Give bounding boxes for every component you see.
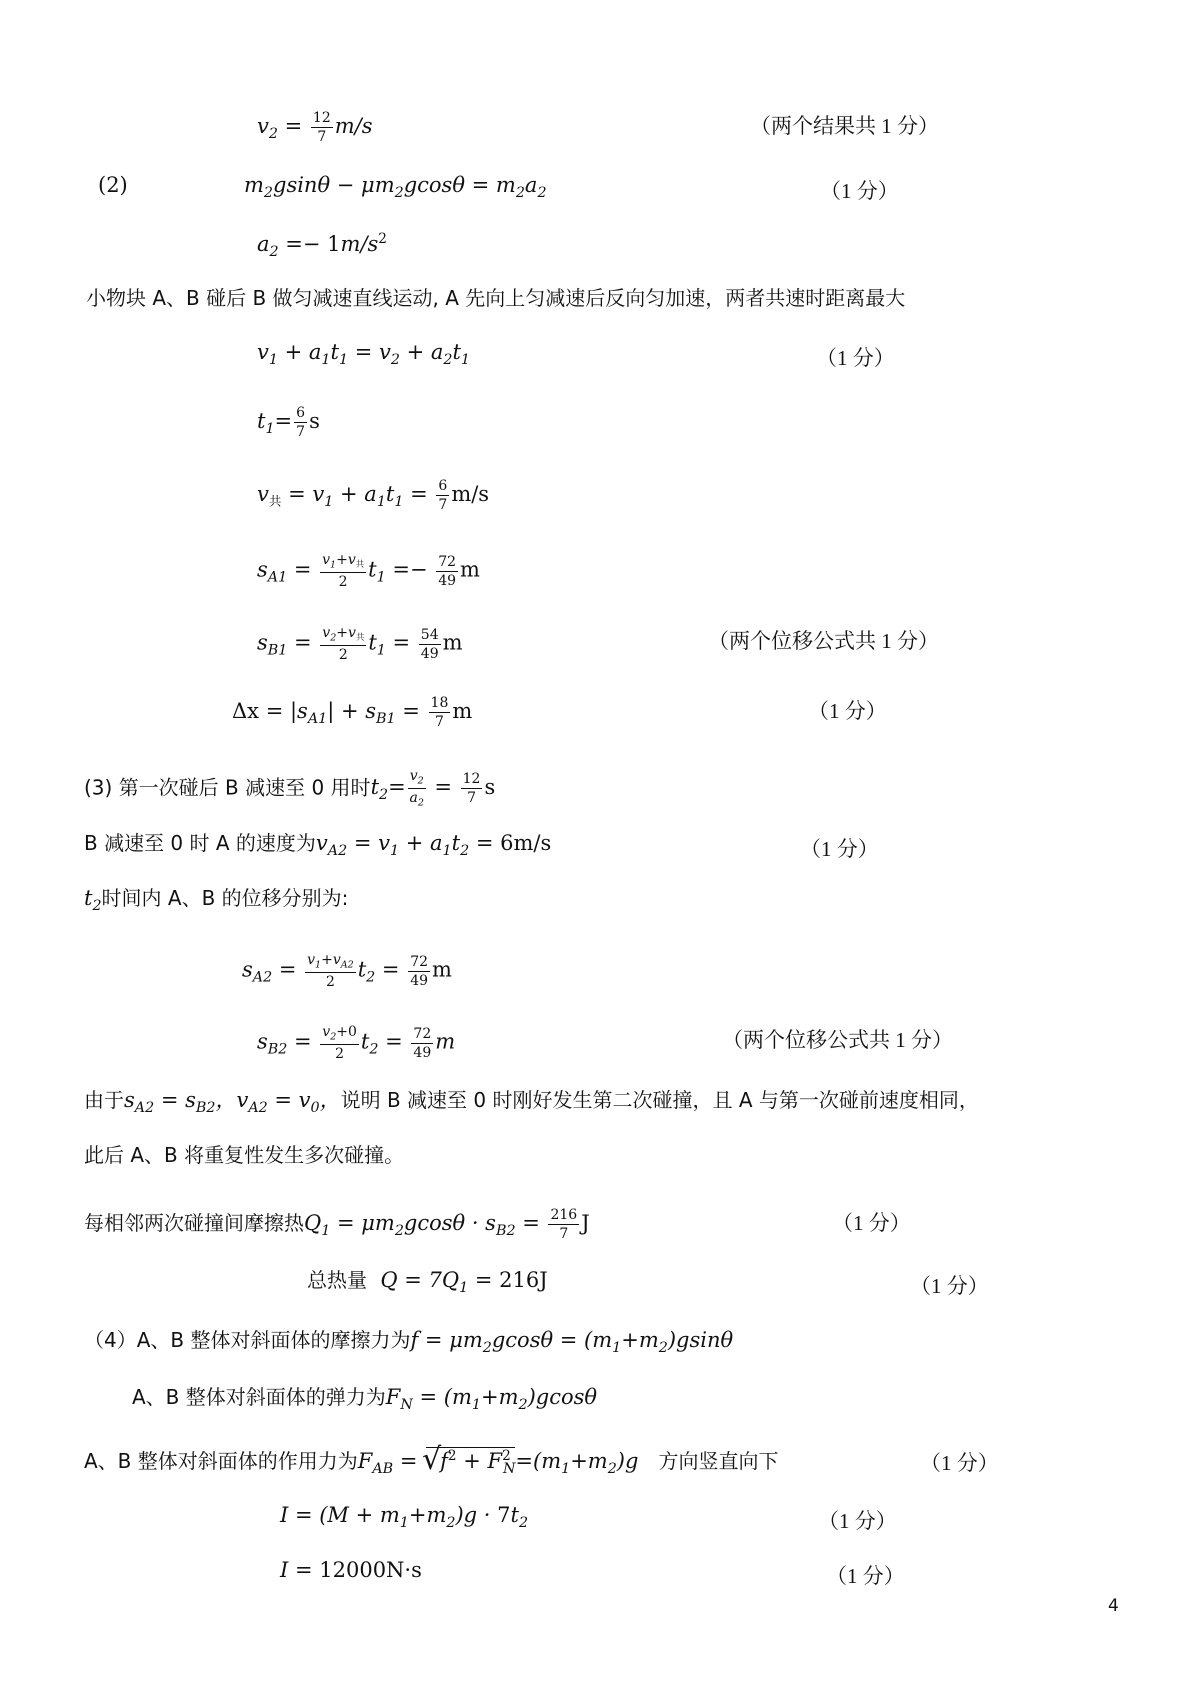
displacement-score-1: （两个位移公式共 1 分） bbox=[708, 625, 939, 655]
total-heat: 总热量 Q = 7Q1 = 216J bbox=[307, 1270, 548, 1295]
total-heat-score: （1 分） bbox=[910, 1270, 989, 1300]
sA2-result: sA2 = v1+vA22t2 = 7249m bbox=[242, 952, 452, 990]
sB2-result: sB2 = v2+02t2 = 7249m bbox=[257, 1024, 455, 1062]
newton-equation: m2gsinθ − μm2gcosθ = m2a2 bbox=[244, 175, 547, 200]
vA2-score: （1 分） bbox=[800, 833, 879, 863]
impulse-expression-score: （1 分） bbox=[818, 1505, 897, 1535]
displacement-score-2: （两个位移公式共 1 分） bbox=[722, 1024, 953, 1054]
t1-result: t1=67s bbox=[257, 405, 320, 440]
normal-force-line: A、B 整体对斜面体的弹力为FN = (m1+m2)gcosθ bbox=[132, 1387, 597, 1412]
sA1-result: sA1 = v1+v共2t1 =− 7249m bbox=[257, 552, 480, 590]
heat-score: （1 分） bbox=[832, 1207, 911, 1237]
v2-result: v2 = 127m/s bbox=[257, 110, 373, 145]
sB1-result: sB1 = v2+v共2t1 = 5449m bbox=[257, 625, 463, 663]
resultant-force-line: A、B 整体对斜面体的作用力为FAB = f2 + F2N=(m1+m2)g 方… bbox=[84, 1447, 778, 1478]
a2-result: a2 =− 1m/s2 bbox=[257, 233, 387, 259]
newton-equation-score: （1 分） bbox=[820, 175, 899, 205]
delta-x-result: Δx = |sA1| + sB1 = 187m bbox=[232, 695, 472, 730]
v2-score: （两个结果共 1 分） bbox=[750, 110, 939, 140]
t2-line: (3) 第一次碰后 B 减速至 0 用时t2=v2a2 = 127s bbox=[84, 768, 495, 810]
v-common-result: v共 = v1 + a1t1 = 67m/s bbox=[257, 478, 489, 513]
friction-line: （4）A、B 整体对斜面体的摩擦力为f = μm2gcosθ = (m1+m2)… bbox=[84, 1330, 733, 1355]
conclusion-line-1: 由于sA2 = sB2，vA2 = v0，说明 B 减速至 0 时刚好发生第二次… bbox=[84, 1090, 979, 1115]
resultant-force-score: （1 分） bbox=[920, 1447, 999, 1477]
common-speed-score: （1 分） bbox=[816, 342, 895, 372]
vA2-line: B 减速至 0 时 A 的速度为vA2 = v1 + a1t2 = 6m/s bbox=[84, 833, 551, 858]
page-number: 4 bbox=[1108, 1596, 1119, 1616]
impulse-result: I = 12000N·s bbox=[280, 1560, 422, 1581]
heat-per-collision: 每相邻两次碰撞间摩擦热Q1 = μm2gcosθ · sB2 = 2167J bbox=[84, 1207, 590, 1242]
impulse-result-score: （1 分） bbox=[826, 1560, 905, 1590]
explanation-text: 小物块 A、B 碰后 B 做匀减速直线运动, A 先向上匀减速后反向匀加速，两者… bbox=[86, 288, 905, 308]
t2-displacement-intro: t2时间内 A、B 的位移分别为: bbox=[84, 888, 348, 913]
impulse-expression: I = (M + m1+m2)g · 7t2 bbox=[280, 1505, 528, 1530]
delta-x-score: （1 分） bbox=[808, 695, 887, 725]
part2-label: (2) bbox=[98, 175, 128, 196]
conclusion-line-2: 此后 A、B 将重复性发生多次碰撞。 bbox=[84, 1145, 404, 1165]
common-speed-equation: v1 + a1t1 = v2 + a2t1 bbox=[257, 342, 470, 367]
